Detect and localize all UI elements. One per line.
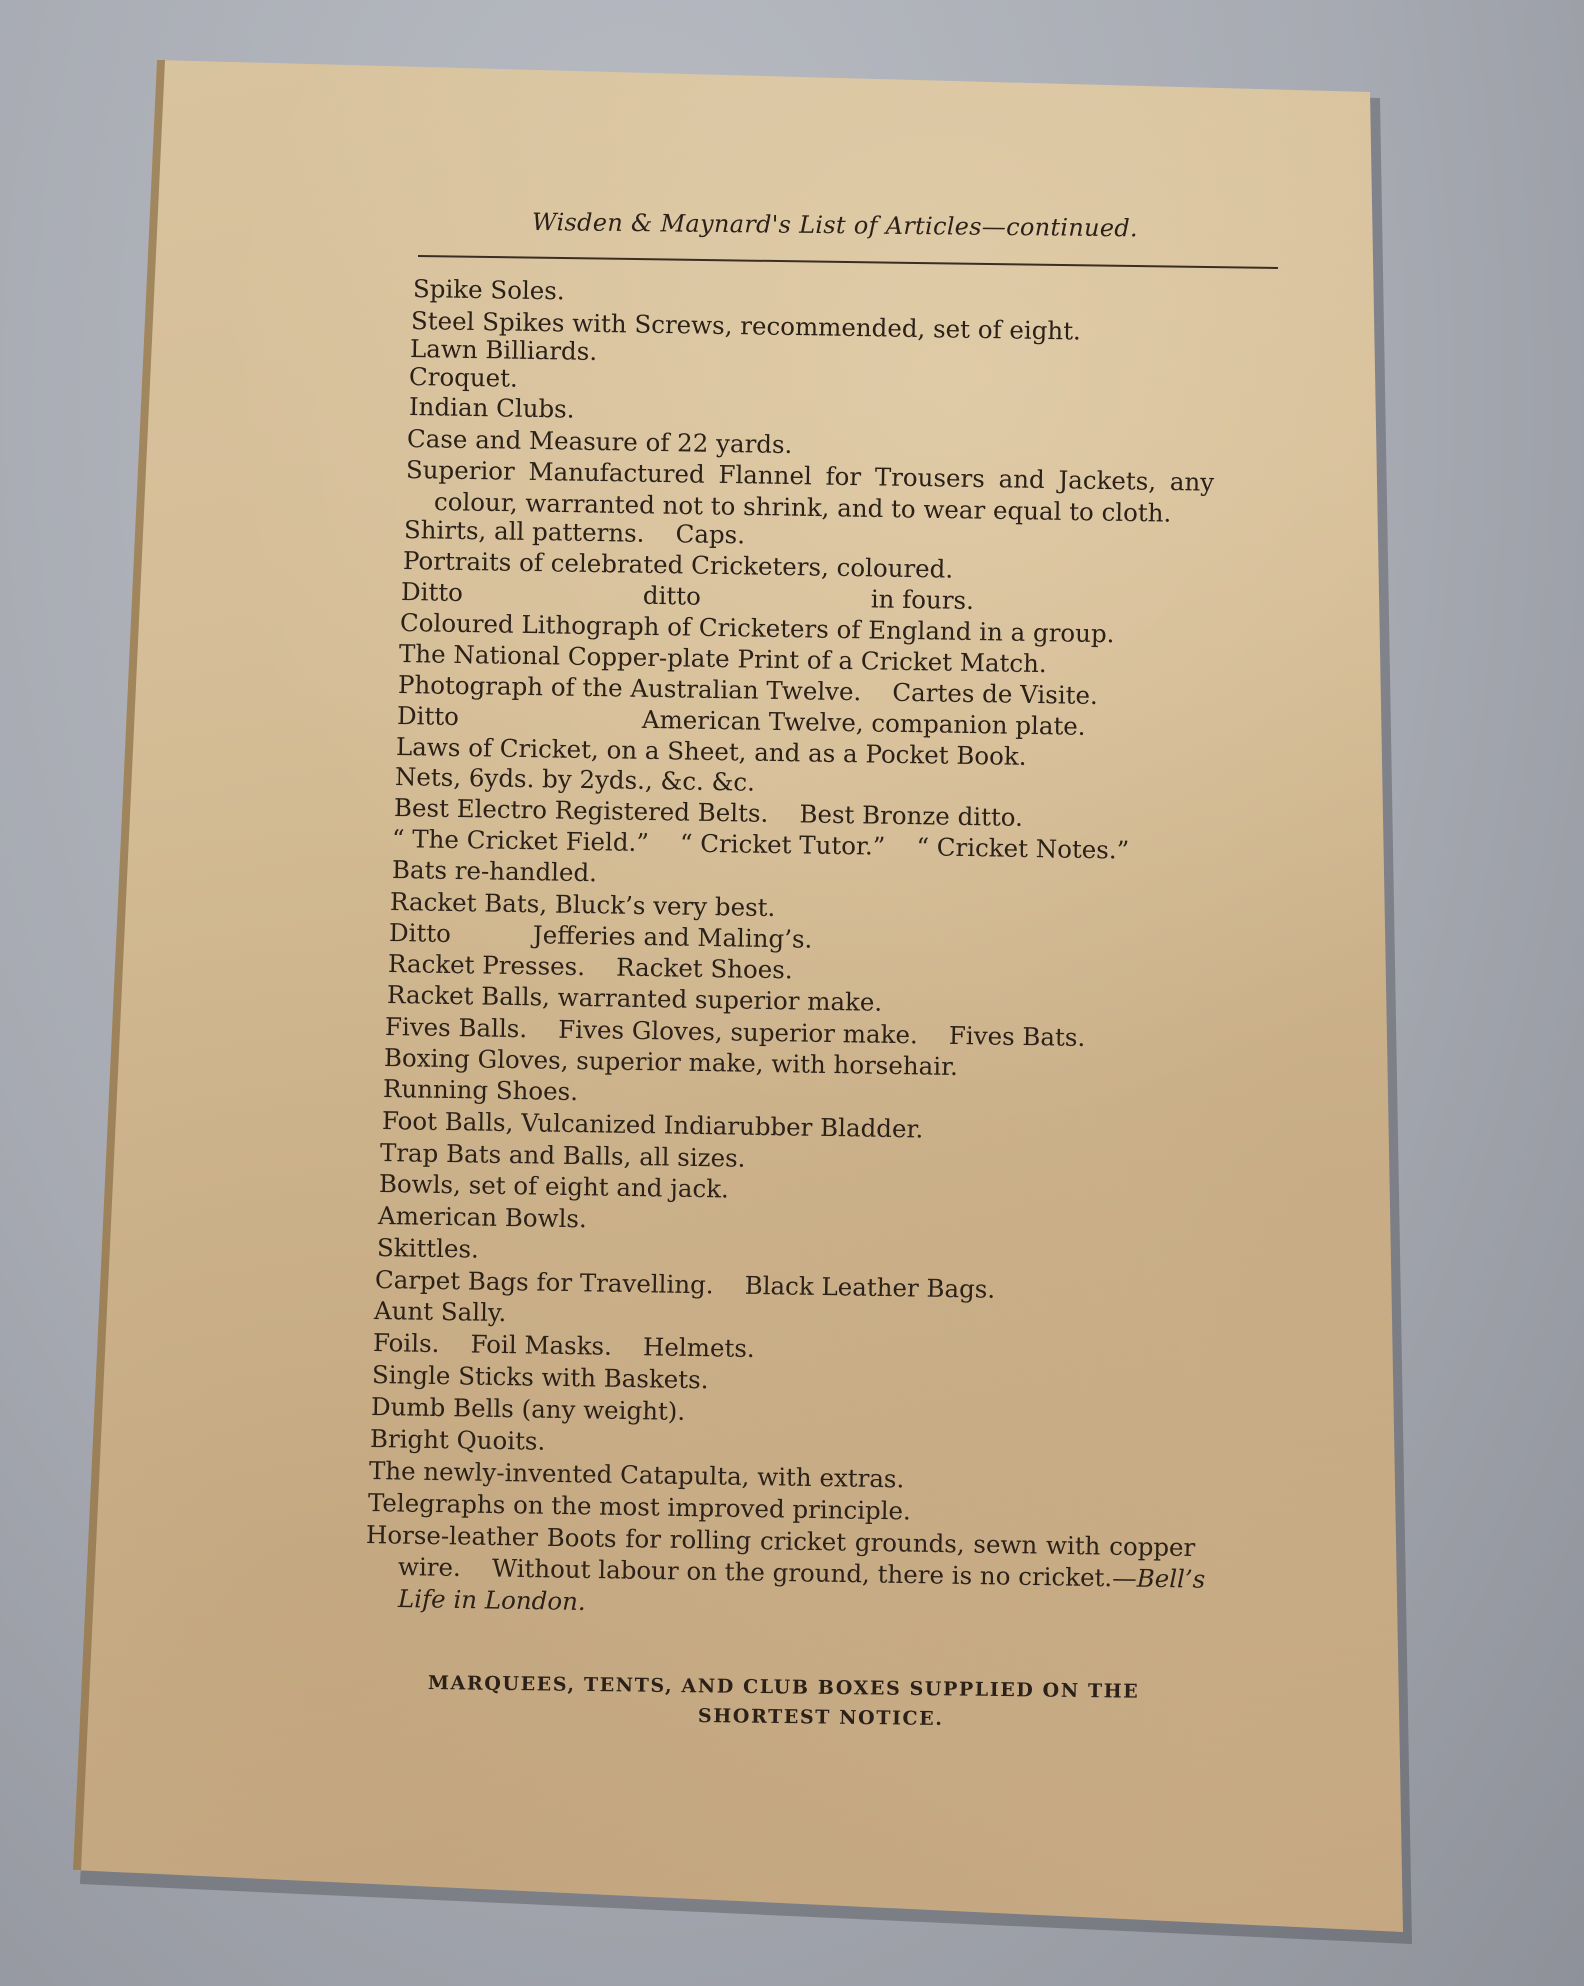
list-item: Croquet.: [409, 362, 518, 394]
ditto-col3: in fours.: [871, 584, 975, 615]
list-item: Bright Quoits.: [370, 1424, 546, 1457]
ditto-col2: American Twelve, companion plate.: [642, 705, 1086, 741]
list-item: Indian Clubs.: [409, 392, 575, 425]
list-item: Racket Presses. Racket Shoes.: [388, 949, 793, 985]
ditto-col2: Jefferies and Maling’s.: [533, 920, 813, 953]
notice-line-1: MARQUEES, TENTS, AND CLUB BOXES SUPPLIED…: [428, 1672, 1140, 1703]
page-content: Wisden & Maynard's List of Articles—cont…: [0, 0, 1584, 1986]
ditto-col1: Ditto: [397, 701, 459, 731]
header-rule: [418, 255, 1278, 269]
list-item: Shirts, all patterns. Caps.: [404, 515, 745, 550]
notice-line-2: SHORTEST NOTICE.: [698, 1705, 944, 1730]
page-header: Wisden & Maynard's List of Articles—cont…: [532, 208, 1138, 242]
ditto-col1: Ditto: [389, 918, 451, 948]
list-item: Nets, 6yds. by 2yds., &c. &c.: [395, 762, 755, 798]
list-item: Case and Measure of 22 yards.: [407, 424, 793, 460]
list-item: Foils. Foil Masks. Helmets.: [373, 1328, 755, 1364]
list-item: Bats re-handled.: [392, 855, 597, 888]
list-item: Racket Balls, warranted superior make.: [387, 980, 883, 1018]
ditto-col2: ditto: [643, 581, 701, 611]
list-item: Dumb Bells (any weight).: [371, 1392, 686, 1427]
list-item: American Bowls.: [378, 1201, 587, 1234]
citation: Bell’s: [1136, 1564, 1205, 1594]
ditto-col1: Ditto: [401, 577, 463, 607]
list-item: Aunt Sally.: [374, 1296, 507, 1328]
list-item: Bowls, set of eight and jack.: [379, 1169, 729, 1204]
list-item: Single Sticks with Baskets.: [372, 1360, 709, 1395]
list-item: Running Shoes.: [383, 1074, 578, 1107]
list-item: Trap Bats and Balls, all sizes.: [380, 1138, 746, 1174]
list-item: Skittles.: [377, 1233, 479, 1265]
citation-line-2: Life in London.: [398, 1584, 586, 1617]
list-item: Spike Soles.: [413, 274, 565, 306]
list-item: Racket Bats, Bluck’s very best.: [390, 887, 776, 923]
